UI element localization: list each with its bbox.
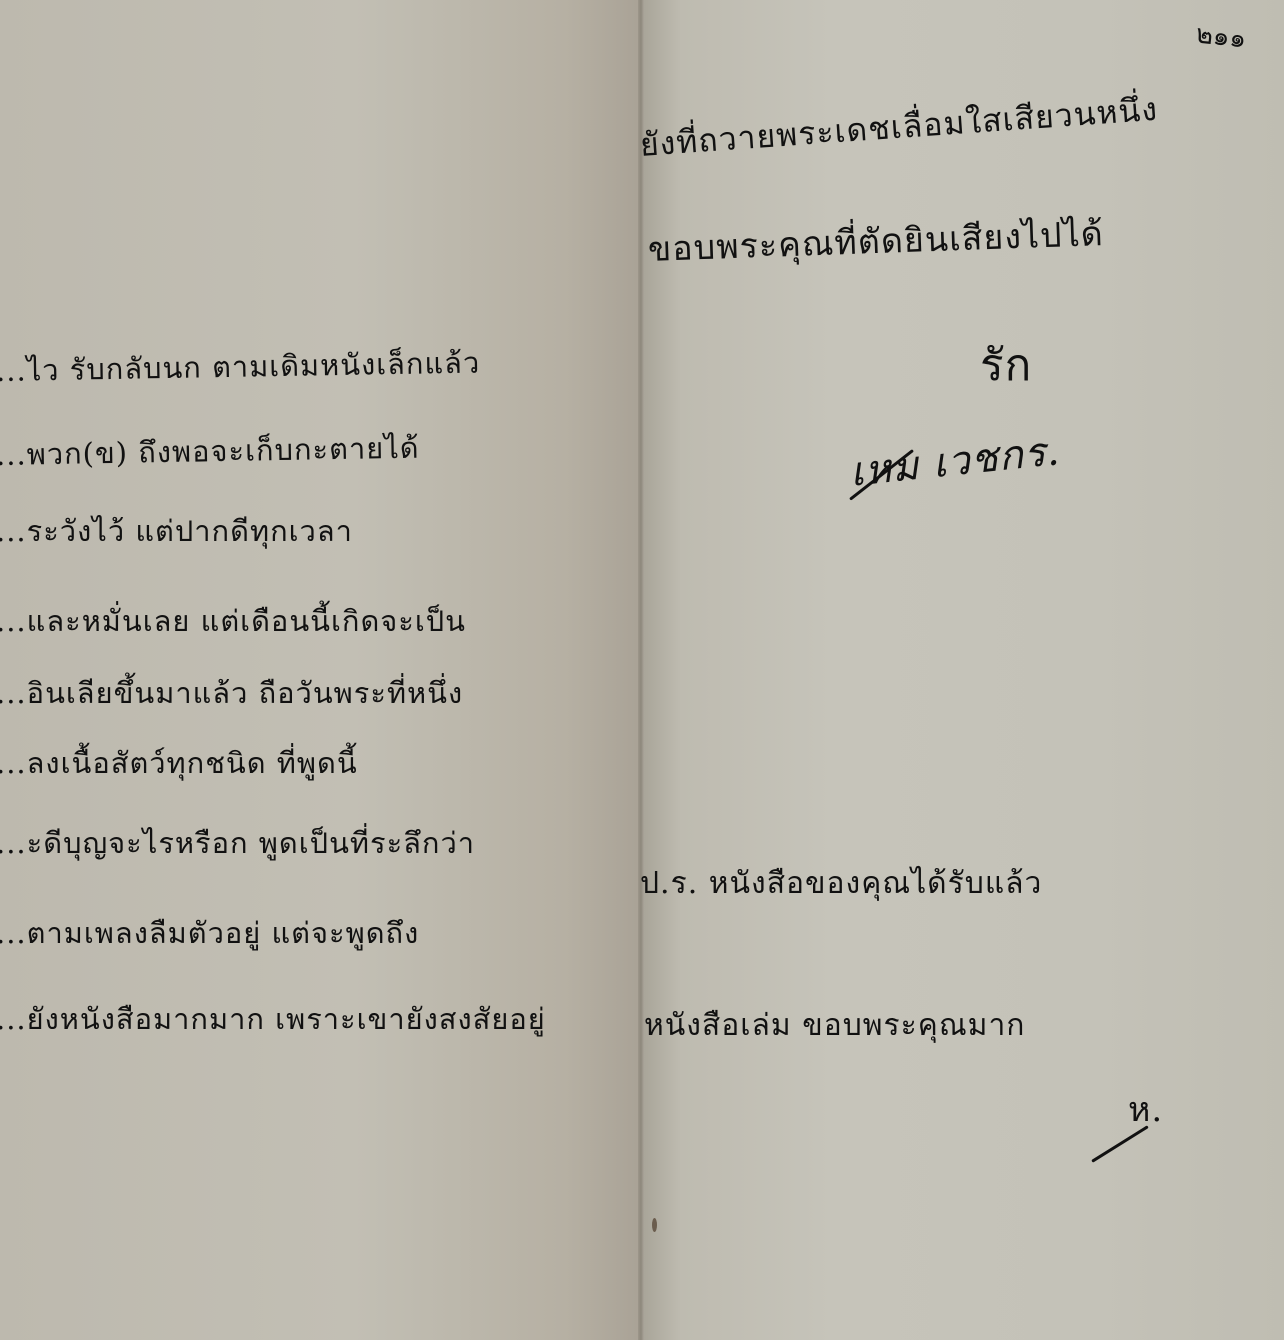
page-number: ๒๑๑ xyxy=(1194,13,1248,59)
left-page: ...ไว รับกลับนก ตามเดิมหนังเล็กแล้ว ...พ… xyxy=(0,0,642,1340)
left-line-5: ...อินเลียขึ้นมาแล้ว ถือวันพระที่หนึ่ง xyxy=(0,670,463,716)
left-line-7: ...ะดีบุญจะไรหรือก พูดเป็นที่ระลึกว่า xyxy=(0,820,475,866)
paper-speck xyxy=(652,1218,657,1232)
left-line-1: ...ไว รับกลับนก ตามเดิมหนังเล็กแล้ว xyxy=(0,340,481,394)
closing-word: รัก xyxy=(980,330,1032,400)
left-line-3: ...ระวังไว้ แต่ปากดีทุกเวลา xyxy=(0,508,353,554)
right-page xyxy=(642,0,1284,1340)
postscript-line-1: ป.ร. หนังสือของคุณได้รับแล้ว xyxy=(640,860,1042,907)
left-line-2: ...พวก(ข) ถึงพอจะเก็บกะตายได้ xyxy=(0,425,420,478)
left-line-4: ...และหมั่นเลย แต่เดือนนี้เกิดจะเป็น xyxy=(0,598,466,644)
left-line-6: ...ลงเนื้อสัตว์ทุกชนิด ที่พูดนี้ xyxy=(0,740,358,786)
left-line-8: ...ตามเพลงลืมตัวอยู่ แต่จะพูดถึง xyxy=(0,910,419,956)
book-gutter xyxy=(638,0,644,1340)
left-line-9: ...ยังหนังสือมากมาก เพราะเขายังสงสัยอยู่ xyxy=(0,996,546,1042)
postscript-line-2: หนังสือเล่ม ขอบพระคุณมาก xyxy=(644,1002,1025,1049)
